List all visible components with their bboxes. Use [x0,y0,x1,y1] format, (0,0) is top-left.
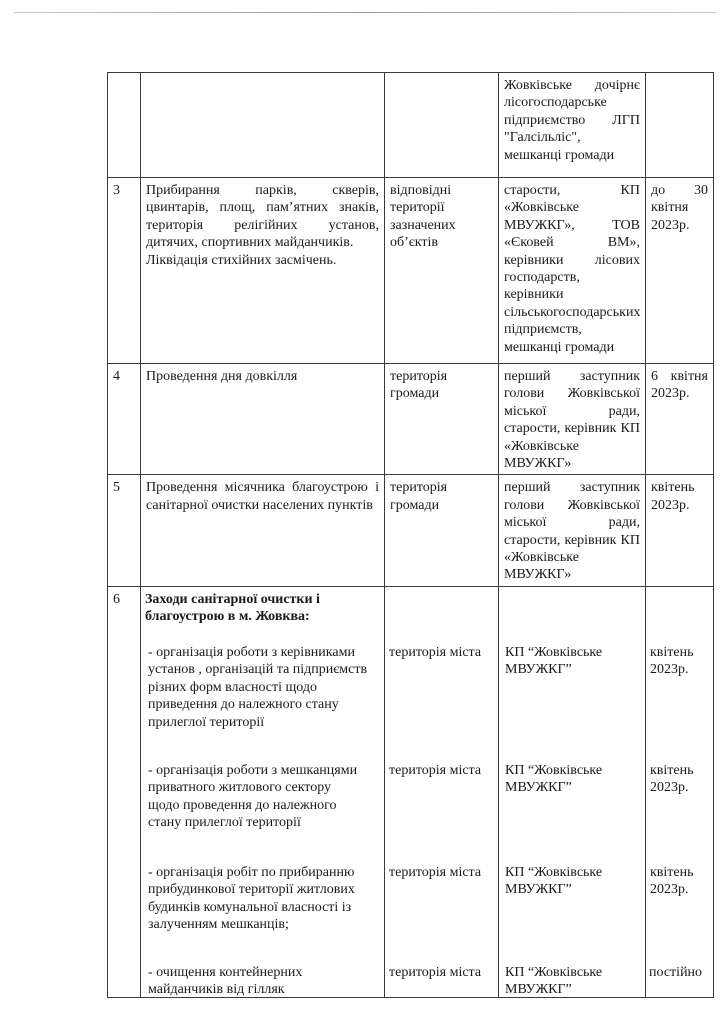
subitem-task: - організація роботи з керівниками устан… [148,644,378,731]
cell-responsible: КП “Жовківське МВУЖКГ” КП “Жовківське МВ… [499,586,646,997]
subitem-place: територія міста [389,964,498,981]
cell-place: територія громади [385,475,499,586]
table-row-continued: Жовківське дочірнє лісогосподарське підп… [108,73,714,178]
cell-term: квітень 2023р. квітень 2023р. квітень 20… [646,586,714,997]
subitem-responsible: КП “Жовківське МВУЖКГ” [505,864,615,899]
cell-responsible: перший заступник голови Жовківської місь… [499,364,646,475]
cell-place [385,73,499,178]
subitem-place: територія міста [389,644,498,661]
table-row: 6 Заходи санітарної очистки і благоустро… [108,586,714,997]
section-heading: Заходи санітарної очистки і благоустрою … [145,591,376,626]
document-page: Жовківське дочірнє лісогосподарське підп… [0,0,722,1024]
subitem-term: квітень 2023р. [650,762,709,797]
subitem-place: територія міста [389,762,498,779]
cell-responsible: Жовківське дочірнє лісогосподарське підп… [499,73,646,178]
table-row: 5 Проведення місячника благоустрою і сан… [108,475,714,586]
cell-num: 6 [108,586,141,997]
cell-task: Проведення дня довкілля [141,364,385,475]
subitem-task: - організація роботи з мешканцями приват… [148,762,364,832]
subitem-task: - очищення контейнерних майданчиків від … [148,964,334,999]
cell-term [646,73,714,178]
cell-term: до 30 квітня 2023р. [646,178,714,364]
cell-place: відповідні території зазначених об’єктів [385,178,499,364]
subitem-task: - організація робіт по прибиранню прибуд… [148,864,364,934]
subitem-responsible: КП “Жовківське МВУЖКГ” [505,964,615,999]
cell-task: Прибирання парків, скверів, цвинтарів, п… [141,178,385,364]
subitem-responsible: КП “Жовківське МВУЖКГ” [505,762,615,797]
subitem-term: постійно [649,964,713,981]
cell-num: 4 [108,364,141,475]
cell-num: 5 [108,475,141,586]
cell-responsible: старости, КП «Жовківське МВУЖКГ», ТОВ «Є… [499,178,646,364]
cell-task: Проведення місячника благоустрою і саніт… [141,475,385,586]
scan-top-rule [14,12,716,13]
table-row: 3 Прибирання парків, скверів, цвинтарів,… [108,178,714,364]
task-extra-text: Ліквідація стихійних засмічень. [146,252,379,269]
measures-table: Жовківське дочірнє лісогосподарське підп… [107,72,714,998]
cell-responsible: перший заступник голови Жовківської місь… [499,475,646,586]
subitem-term: квітень 2023р. [650,644,709,679]
subitem-place: територія міста [389,864,498,881]
cell-term: 6 квітня 2023р. [646,364,714,475]
task-text: Прибирання парків, скверів, цвинтарів, п… [146,182,379,252]
table-row: 4 Проведення дня довкілля територія гром… [108,364,714,475]
cell-num: 3 [108,178,141,364]
cell-num [108,73,141,178]
subitem-term: квітень 2023р. [650,864,709,899]
cell-task: Заходи санітарної очистки і благоустрою … [141,586,385,997]
cell-term: квітень 2023р. [646,475,714,586]
cell-place: територія міста територія міста територі… [385,586,499,997]
cell-task [141,73,385,178]
subitem-responsible: КП “Жовківське МВУЖКГ” [505,644,615,679]
cell-place: територія громади [385,364,499,475]
